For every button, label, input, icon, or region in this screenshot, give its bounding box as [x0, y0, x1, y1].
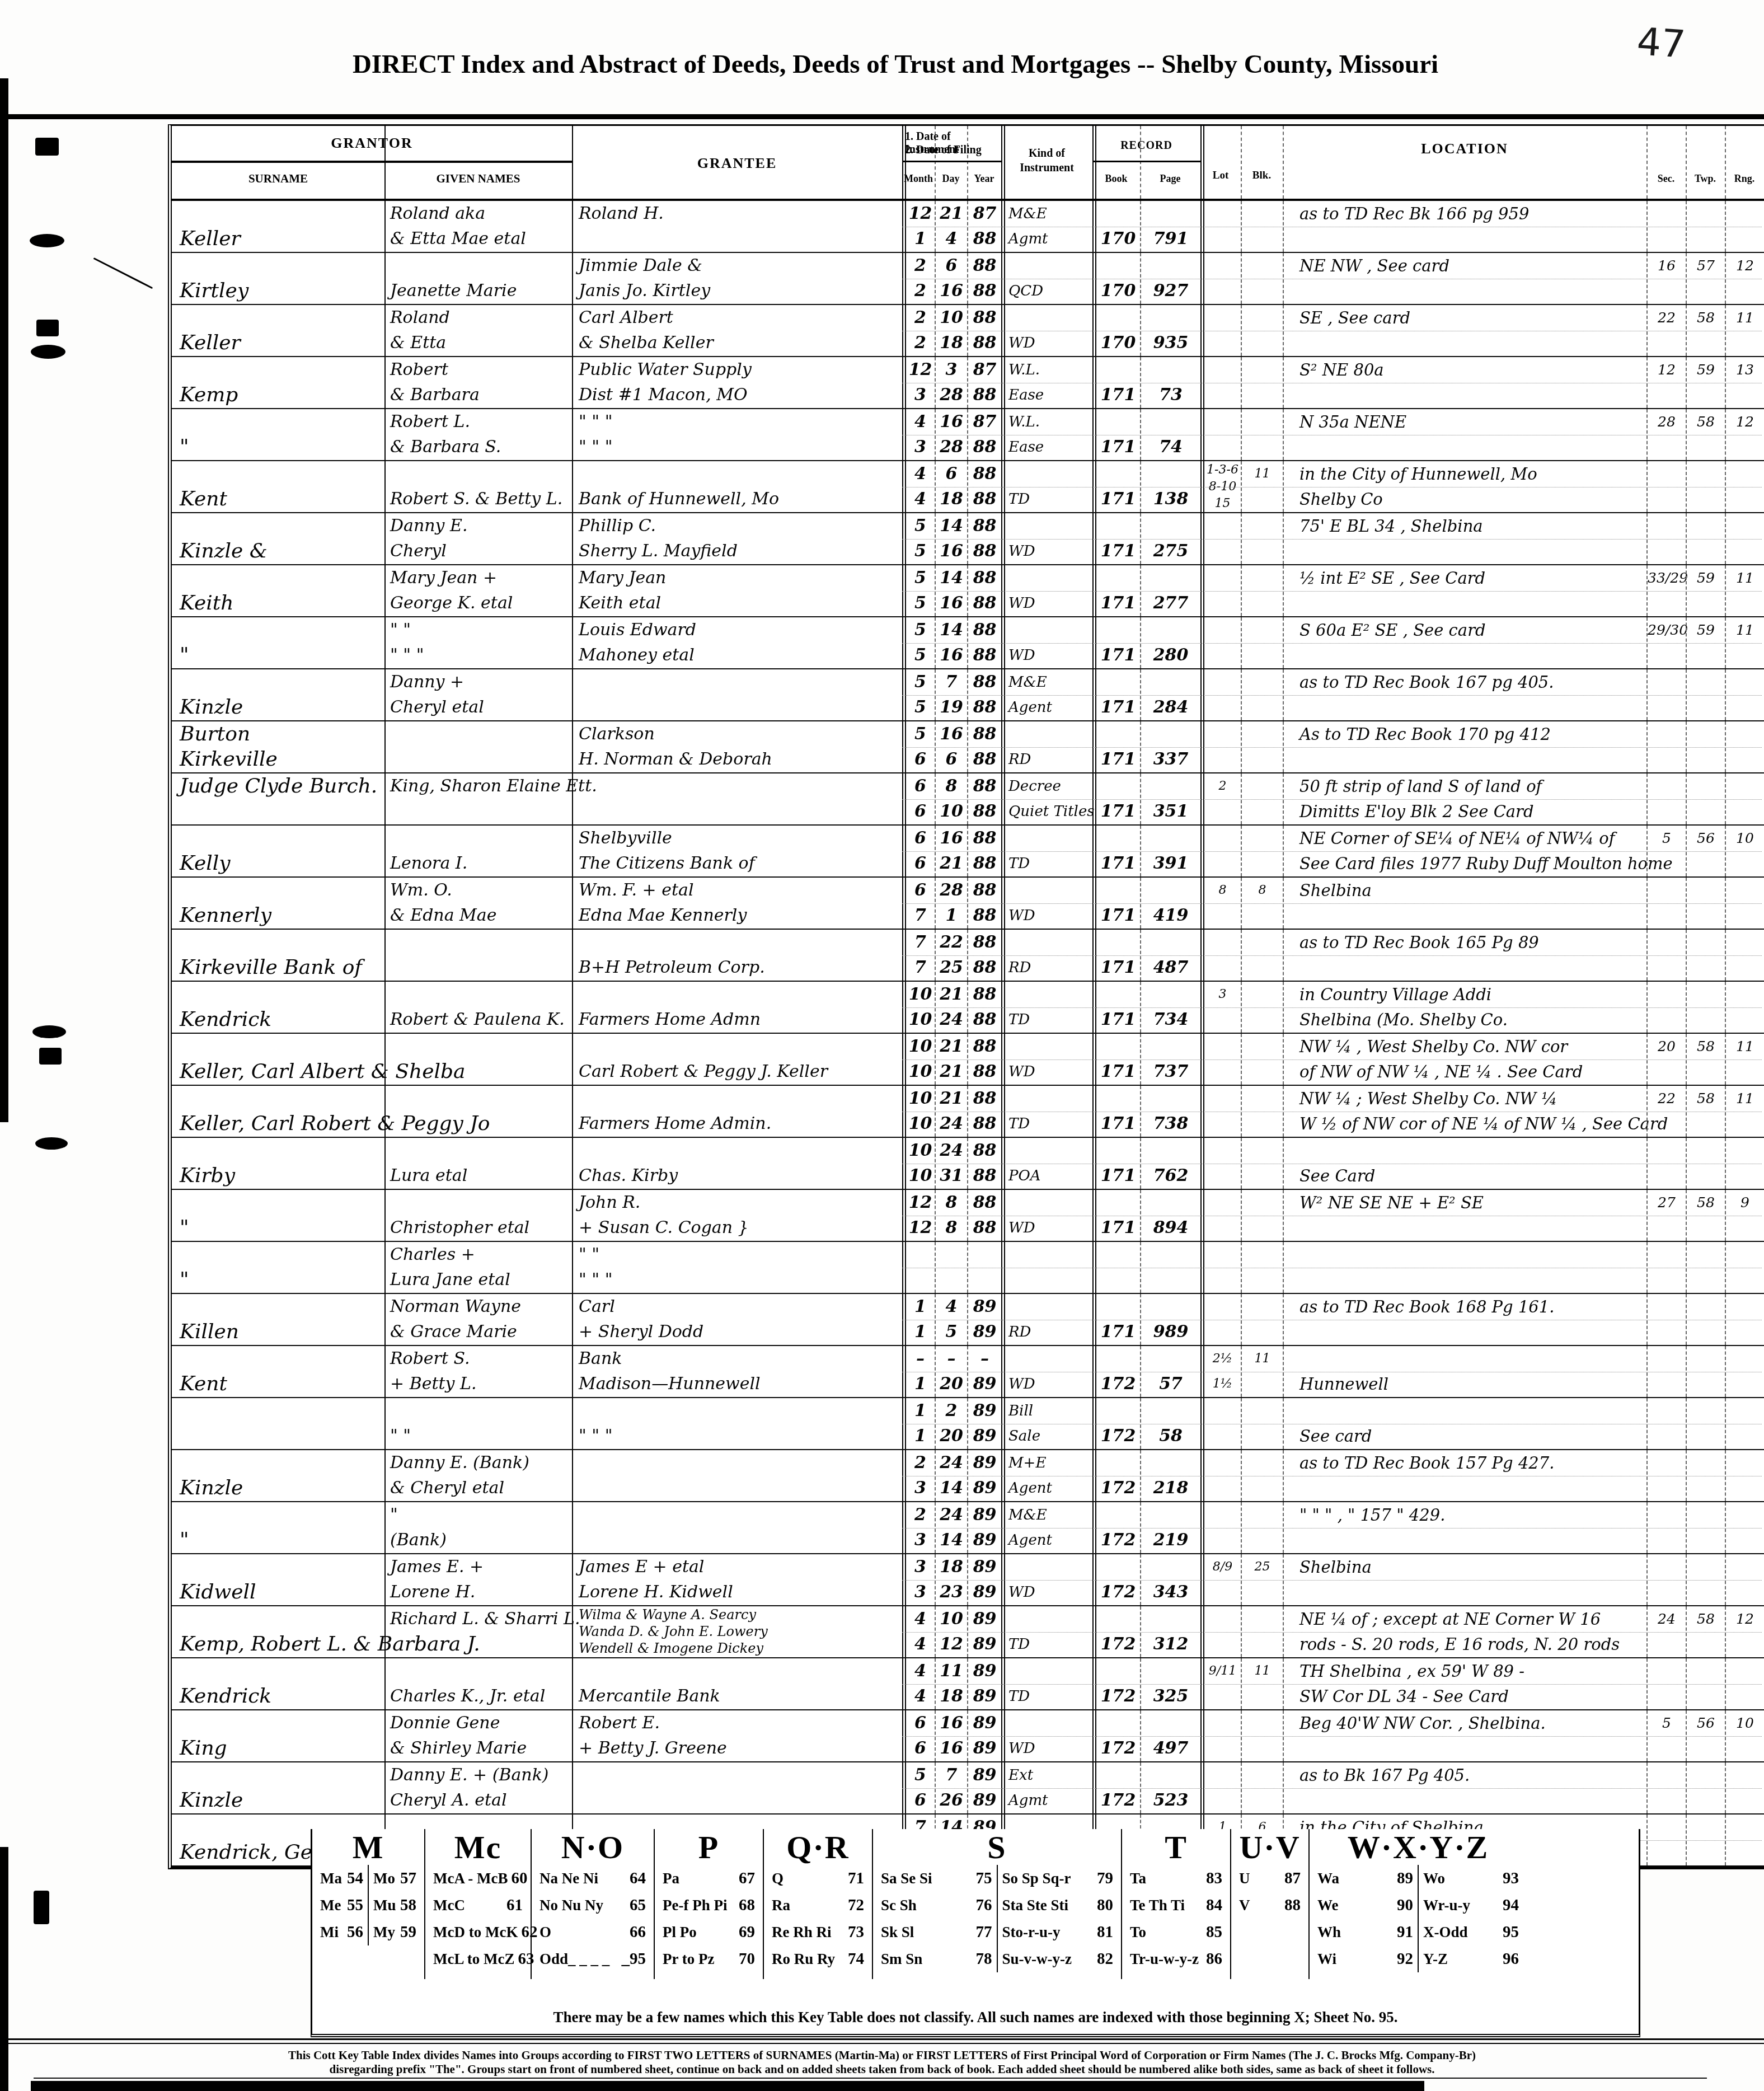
kind-of-instrument-text	[1005, 1034, 1092, 1059]
date-month-text: 4	[906, 486, 935, 512]
key-entry: Y-Z96	[1418, 1945, 1523, 1972]
date-day-text: 23	[936, 1579, 967, 1605]
date-day-text: 25	[936, 955, 967, 980]
township-value-text: 58	[1687, 305, 1725, 330]
grantor-given-names-text: Donnie Gene	[386, 1710, 572, 1736]
grantor-surname: Kelly	[172, 826, 384, 876]
key-entry-number: 58	[397, 1896, 416, 1915]
key-entry: Mi56	[316, 1919, 368, 1945]
key-entry-label: Pa	[663, 1865, 679, 1892]
date-month: 1212	[902, 1190, 935, 1241]
location-text-text: SW Cor DL 34 - See Card	[1284, 1684, 1646, 1709]
kind-of-instrument-text: Agent	[1005, 1527, 1092, 1553]
kind-of-instrument-text	[1005, 1294, 1092, 1319]
date-month: 55	[902, 513, 935, 564]
date-month-text: 2	[906, 278, 935, 303]
date-year-text: 88	[968, 486, 1001, 512]
col-twp: Twp.	[1686, 173, 1725, 185]
blk-value: 25	[1241, 1554, 1283, 1605]
grantor-given-names-text: (Bank)	[386, 1527, 572, 1553]
record-book: 171	[1092, 1086, 1140, 1137]
date-day-text: 28	[936, 878, 967, 903]
record-page-text: 927	[1141, 278, 1200, 303]
date-day: 214	[935, 201, 967, 252]
township-value-text	[1687, 1294, 1725, 1319]
key-entry-number: 59	[397, 1923, 416, 1942]
date-month-text: 12	[906, 201, 935, 226]
grantor-given-names-text: & Cheryl etal	[386, 1475, 572, 1501]
key-entry-label: Wh	[1317, 1919, 1341, 1945]
grantee-name	[572, 1502, 902, 1553]
record-book-text: 172	[1096, 1475, 1140, 1501]
key-entry: McD to McK62	[429, 1919, 542, 1945]
section-value-text: 24	[1648, 1606, 1686, 1631]
lot-value	[1200, 721, 1241, 772]
date-month: 44	[902, 1658, 935, 1709]
key-column-header: W·X·Y·Z	[1310, 1830, 1527, 1865]
date-month-text: 10	[906, 1059, 935, 1084]
lot-value-text: 8-10	[1204, 478, 1241, 495]
record-book-text: 171	[1096, 851, 1140, 876]
range-value-text: 11	[1726, 565, 1764, 590]
grantor-surname	[172, 1398, 384, 1449]
date-year: 8888	[967, 1138, 1001, 1189]
kind-of-instrument: W.L.Ease	[1001, 409, 1092, 460]
date-day: 810	[935, 773, 967, 824]
date-year: 8888	[967, 461, 1001, 512]
section-value-text	[1648, 773, 1686, 799]
grantor-given-names-text: King, Sharon Elaine Ett.	[386, 773, 572, 799]
lot-value	[1200, 1294, 1241, 1345]
date-day-text: 7	[936, 669, 967, 695]
grantor-given-names-text: Danny E. + (Bank)	[386, 1762, 572, 1788]
township-value-text: 58	[1687, 1606, 1725, 1631]
location-text-text: NE Corner of SE¼ of NE¼ of NW¼ of	[1284, 826, 1646, 851]
date-year-text: 88	[968, 1190, 1001, 1215]
date-year-text: 88	[968, 513, 1001, 538]
grantee-name-text: Wilma & Wayne A. Searcy	[573, 1606, 902, 1623]
footer-line-2: disregarding prefix "The". Groups start …	[266, 2062, 1498, 2076]
blk-value-text: 11	[1242, 1658, 1283, 1684]
date-year-text: 88	[968, 1059, 1001, 1084]
date-year: 8888	[967, 721, 1001, 772]
table-row: Keller, Carl Albert & Shelba Carl Robert…	[172, 1034, 1764, 1086]
record-book: 171	[1092, 826, 1140, 876]
key-entry-label: To	[1130, 1919, 1146, 1945]
section-value	[1646, 1658, 1686, 1709]
grantee-name: James E + etalLorene H. Kidwell	[572, 1554, 902, 1605]
record-book-text: 171	[1096, 695, 1140, 720]
date-day-text: 22	[936, 930, 967, 955]
key-entry-number: 71	[845, 1869, 864, 1888]
date-year: –89	[967, 1346, 1001, 1397]
date-day: 1621	[935, 826, 967, 876]
date-month-text: 5	[906, 669, 935, 695]
record-page: 284	[1140, 669, 1200, 720]
record-page: 419	[1140, 878, 1200, 929]
section-value-text	[1648, 1554, 1686, 1579]
township-value-text: 59	[1687, 617, 1725, 643]
date-day-text: 14	[936, 617, 967, 643]
table-row: BurtonKirkeville ClarksonH. Norman & Deb…	[172, 721, 1764, 773]
grantor-surname-text	[172, 409, 384, 434]
range-value	[1725, 669, 1764, 720]
grantor-given-names-text: " "	[386, 617, 572, 643]
grantor-surname: "	[172, 1242, 384, 1293]
record-book-text	[1096, 409, 1140, 434]
grantor-given-names: Charles +Lura Jane etal	[384, 1242, 572, 1293]
grantor-given-names-text	[386, 1111, 572, 1136]
location-text-text	[1284, 1138, 1646, 1163]
blk-value-text: 11	[1242, 1346, 1283, 1371]
date-day-text: 24	[936, 1007, 967, 1032]
col-kind-2: Instrument	[1001, 162, 1092, 175]
grantee-name-text: Wm. F. + etal	[573, 878, 902, 903]
record-page: 487	[1140, 930, 1200, 981]
township-value-text: 58	[1687, 409, 1725, 434]
key-entry: V88	[1235, 1892, 1305, 1919]
grantor-given-names	[384, 721, 572, 772]
grantor-surname: Kinzle	[172, 669, 384, 720]
record-book: 171	[1092, 930, 1140, 981]
kind-of-instrument-text: WD	[1005, 643, 1092, 668]
date-year-text: 89	[968, 1527, 1001, 1553]
grantee-name-text: Sherry L. Mayfield	[573, 538, 902, 564]
date-year-text: 88	[968, 669, 1001, 695]
grantee-name: Robert E.+ Betty J. Greene	[572, 1710, 902, 1761]
key-entry-label: Wa	[1317, 1865, 1339, 1892]
date-month-text: 2	[906, 305, 935, 330]
blk-value-text	[1242, 357, 1283, 382]
record-page-text: 58	[1141, 1423, 1200, 1448]
blk-value-text	[1242, 409, 1283, 434]
grantee-name-text: Phillip C.	[573, 513, 902, 538]
location-text: Beg 40'W NW Cor. , Shelbina.	[1283, 1710, 1646, 1761]
section-value-text: 5	[1648, 1710, 1686, 1736]
record-book-text: 172	[1096, 1423, 1140, 1448]
key-column-header: Q·R	[764, 1830, 872, 1865]
record-page-text: 419	[1141, 903, 1200, 928]
date-month: 11	[902, 1398, 935, 1449]
date-year-text: 89	[968, 1450, 1001, 1475]
kind-of-instrument-text	[1005, 1606, 1092, 1631]
blk-value	[1241, 721, 1283, 772]
location-text: NE Corner of SE¼ of NE¼ of NW¼ ofSee Car…	[1283, 826, 1646, 876]
key-column-p: PPa67Pe-f Ph Pi68Pl Po69Pr to Pz70	[654, 1829, 763, 1979]
location-text: NW ¼ , West Shelby Co. NW corof NW of NW…	[1283, 1034, 1646, 1085]
date-day: 88	[935, 1190, 967, 1241]
grantee-name-text	[573, 461, 902, 486]
township-value: 59	[1686, 357, 1725, 408]
lot-value-text	[1204, 1710, 1241, 1736]
table-row: KinzleDanny E. (Bank)& Cheryl etal 23241…	[172, 1450, 1764, 1502]
record-page-text: 351	[1141, 799, 1200, 824]
township-value	[1686, 461, 1725, 512]
grantee-name: Wilma & Wayne A. SearcyWanda D. & John E…	[572, 1606, 902, 1657]
key-row: Ta83	[1122, 1865, 1230, 1892]
key-entry-label: McL to McZ	[433, 1945, 514, 1972]
date-month: 1010	[902, 1034, 935, 1085]
range-value	[1725, 1398, 1764, 1449]
date-month-text: 4	[906, 1631, 935, 1657]
date-month-text: 3	[906, 1527, 935, 1553]
range-value-text	[1726, 773, 1764, 799]
key-entry: To85	[1125, 1919, 1227, 1945]
range-value	[1725, 878, 1764, 929]
key-row: Re Rh Ri73	[764, 1919, 872, 1945]
grantor-surname: Kirtley	[172, 253, 384, 304]
record-page-text: 284	[1141, 695, 1200, 720]
location-text-text: N 35a NENE	[1284, 409, 1646, 434]
date-month-text: 5	[906, 538, 935, 564]
grantee-name-text: Robert E.	[573, 1710, 902, 1736]
record-book-text: 172	[1096, 1579, 1140, 1605]
record-book-text: 172	[1096, 1736, 1140, 1761]
grantee-name-text: Madison—Hunnewell	[573, 1371, 902, 1396]
record-book-text: 170	[1096, 226, 1140, 251]
lot-value-text	[1204, 1450, 1241, 1475]
blk-value	[1241, 565, 1283, 616]
blk-value	[1241, 1034, 1283, 1085]
date-year-text: 88	[968, 826, 1001, 851]
lot-value-text	[1204, 1502, 1241, 1527]
date-day-text: 4	[936, 226, 967, 251]
grantor-given-names-text: Robert L.	[386, 409, 572, 434]
kind-of-instrument-text: TD	[1005, 1111, 1092, 1136]
blk-value	[1241, 1138, 1283, 1189]
date-day-text: 24	[936, 1450, 967, 1475]
location-text-text: rods - S. 20 rods, E 16 rods, N. 20 rods	[1284, 1631, 1646, 1657]
grantee-name-text: " " "	[573, 1423, 902, 1448]
kind-of-instrument: WD	[1001, 305, 1092, 356]
blk-value	[1241, 1606, 1283, 1657]
date-month-text: 1	[906, 1294, 935, 1319]
date-month-text: 5	[906, 565, 935, 590]
grantor-given-names-text	[386, 1034, 572, 1059]
kind-of-instrument-text: RD	[1005, 955, 1092, 980]
kind-of-instrument-text: W.L.	[1005, 357, 1092, 382]
date-year: 8989	[967, 1710, 1001, 1761]
date-year-text: 89	[968, 1788, 1001, 1813]
date-day-text: 16	[936, 409, 967, 434]
grantor-given-names: Charles K., Jr. etal	[384, 1658, 572, 1709]
table-row: Kemp, Robert L. & Barbara J.Richard L. &…	[172, 1606, 1764, 1658]
township-value-text	[1687, 461, 1725, 486]
record-page: 337	[1140, 721, 1200, 772]
range-value	[1725, 1294, 1764, 1345]
kind-of-instrument-text: WD	[1005, 1059, 1092, 1084]
record-page-text: 989	[1141, 1319, 1200, 1344]
section-value: 12	[1646, 357, 1686, 408]
township-value-text: 56	[1687, 1710, 1725, 1736]
range-value-text	[1726, 1138, 1764, 1163]
location-text: See Card	[1283, 1138, 1646, 1189]
key-row: Sc Sh76Sta Ste Sti80	[873, 1892, 1121, 1919]
date-year-text: 88	[968, 930, 1001, 955]
punch-hole-square	[35, 138, 59, 156]
record-page-text: 275	[1141, 538, 1200, 564]
range-value-text	[1726, 1398, 1764, 1423]
grantee-name-text	[573, 226, 902, 251]
date-day-text: 18	[936, 1684, 967, 1709]
location-text: Shelbina	[1283, 878, 1646, 929]
grantee-name-text	[573, 1398, 902, 1423]
location-text-text: W ½ of NW cor of NE ¼ of NW ¼ , See Card	[1284, 1111, 1646, 1136]
grantor-surname-text	[172, 1762, 384, 1788]
key-row: Sm Sn78Su-v-w-y-z82	[873, 1945, 1121, 1972]
key-entry-label: Sta Ste Sti	[1002, 1892, 1069, 1919]
date-month: 44	[902, 461, 935, 512]
record-book: 171	[1092, 565, 1140, 616]
key-entry-number: 73	[845, 1923, 864, 1942]
range-value	[1725, 1762, 1764, 1813]
record-page: 738	[1140, 1086, 1200, 1137]
date-month-text: 6	[906, 1710, 935, 1736]
date-year: 8788	[967, 409, 1001, 460]
township-value	[1686, 1138, 1725, 1189]
kind-of-instrument: M+EAgent	[1001, 1450, 1092, 1501]
record-book: 172	[1092, 1658, 1140, 1709]
grantor-given-names-text: Cheryl	[386, 538, 572, 564]
record-page-text	[1141, 1138, 1200, 1163]
range-value-text	[1726, 669, 1764, 695]
key-entry-label: Sto-r-u-y	[1002, 1919, 1061, 1945]
blk-value	[1241, 1086, 1283, 1137]
col-page: Page	[1140, 173, 1200, 185]
record-page-text: 738	[1141, 1111, 1200, 1136]
grantee-name-text: Farmers Home Admn	[573, 1007, 902, 1032]
date-day-text: 2	[936, 1398, 967, 1423]
section-value-text: 29/30	[1648, 617, 1686, 643]
date-day-text: 28	[936, 434, 967, 460]
key-entry-number: 94	[1499, 1896, 1519, 1915]
kind-of-instrument-text: WD	[1005, 1736, 1092, 1761]
range-value	[1725, 773, 1764, 824]
record-page: 73	[1140, 357, 1200, 408]
grantee-name: B+H Petroleum Corp.	[572, 930, 902, 981]
lot-value	[1200, 253, 1241, 304]
date-day: 1012	[935, 1606, 967, 1657]
grantee-name-text: " "	[573, 1242, 902, 1267]
blk-value-text	[1242, 1606, 1283, 1631]
grantor-given-names-text	[386, 1631, 572, 1657]
township-value-text	[1687, 1242, 1725, 1267]
record-book-text: 172	[1096, 1631, 1140, 1657]
lot-value	[1200, 1502, 1241, 1553]
record-page-text: 219	[1141, 1527, 1200, 1553]
location-text-text: as to TD Rec Bk 166 pg 959	[1284, 201, 1646, 226]
grantor-surname-text	[172, 930, 384, 955]
date-day: 1416	[935, 617, 967, 668]
date-day-text: 5	[936, 1319, 967, 1344]
grantor-surname-text: "	[172, 643, 384, 668]
grantor-surname-text: Kent	[172, 1371, 384, 1396]
grantor-surname: Keith	[172, 565, 384, 616]
grantor-given-names-text: & Grace Marie	[386, 1319, 572, 1344]
date-day-text: –	[936, 1346, 967, 1371]
blk-value	[1241, 773, 1283, 824]
date-year: 8989	[967, 1294, 1001, 1345]
record-page: 791	[1140, 201, 1200, 252]
grantor-surname-text	[172, 826, 384, 851]
table-row: Kelly Lenora I.ShelbyvilleThe Citizens B…	[172, 826, 1764, 878]
kind-of-instrument-text: Agent	[1005, 1475, 1092, 1501]
date-day: 726	[935, 1762, 967, 1813]
date-day-text: 8	[936, 773, 967, 799]
key-entry: Mu58	[368, 1892, 421, 1919]
record-book: 170	[1092, 201, 1140, 252]
section-value-text: 28	[1648, 409, 1686, 434]
grantor-surname: Keller, Carl Robert & Peggy Jo	[172, 1086, 384, 1137]
section-value	[1646, 513, 1686, 564]
date-year: 8888	[967, 513, 1001, 564]
key-row: Te Th Ti84	[1122, 1892, 1230, 1919]
township-value-text	[1687, 1138, 1725, 1163]
lot-value-text	[1204, 201, 1241, 226]
grantor-given-names: Robert S.+ Betty L.	[384, 1346, 572, 1397]
date-month-text: 1	[906, 1371, 935, 1396]
key-entry: Na Ne Ni64	[535, 1865, 650, 1892]
date-month: 1010	[902, 982, 935, 1033]
kind-of-instrument-text	[1005, 461, 1092, 486]
township-value-text	[1687, 773, 1725, 799]
blk-value	[1241, 409, 1283, 460]
kind-of-instrument-text: RD	[1005, 747, 1092, 772]
grantee-name-text: Mercantile Bank	[573, 1684, 902, 1709]
date-year-text: 88	[968, 226, 1001, 251]
date-month-text: 10	[906, 982, 935, 1007]
kind-of-instrument: TD	[1001, 1658, 1092, 1709]
date-day-text: 6	[936, 461, 967, 486]
date-month	[902, 1242, 935, 1293]
date-month-text: 2	[906, 330, 935, 355]
grantor-surname: Keller, Carl Albert & Shelba	[172, 1034, 384, 1085]
section-value-text	[1648, 721, 1686, 747]
key-entry-number: 79	[1094, 1869, 1113, 1888]
location-text: in Country Village AddiShelbina (Mo. She…	[1283, 982, 1646, 1033]
key-row: McC61	[425, 1892, 531, 1919]
record-page: 989	[1140, 1294, 1200, 1345]
grantor-given-names-text	[386, 982, 572, 1007]
key-row: Pa67	[655, 1865, 763, 1892]
record-page-text	[1141, 461, 1200, 486]
grantee-name-text	[573, 1450, 902, 1475]
key-entry: Wa89	[1313, 1865, 1418, 1892]
key-entry-number: 67	[735, 1869, 755, 1888]
township-value	[1686, 1294, 1725, 1345]
date-year-text: 88	[968, 1215, 1001, 1240]
blk-value	[1241, 201, 1283, 252]
range-value	[1725, 1815, 1764, 1865]
record-book-text: 171	[1096, 590, 1140, 616]
grantee-name: Louis EdwardMahoney etal	[572, 617, 902, 668]
record-page-text	[1141, 1086, 1200, 1111]
township-value: 56	[1686, 1710, 1725, 1761]
date-year: 8989	[967, 1606, 1001, 1657]
record-page: 762	[1140, 1138, 1200, 1189]
footer-line-1: This Cott Key Table Index divides Names …	[266, 2048, 1498, 2062]
blk-value	[1241, 1242, 1283, 1293]
record-page-text: 337	[1141, 747, 1200, 772]
section-value: 5	[1646, 826, 1686, 876]
grantee-name	[572, 1762, 902, 1813]
date-year-text: –	[968, 1346, 1001, 1371]
grantor-given-names-text: Norman Wayne	[386, 1294, 572, 1319]
key-entry: Pr to Pz70	[658, 1945, 759, 1972]
township-value	[1686, 1242, 1725, 1293]
grantor-surname-text: Kemp	[172, 382, 384, 407]
lot-value	[1200, 201, 1241, 252]
